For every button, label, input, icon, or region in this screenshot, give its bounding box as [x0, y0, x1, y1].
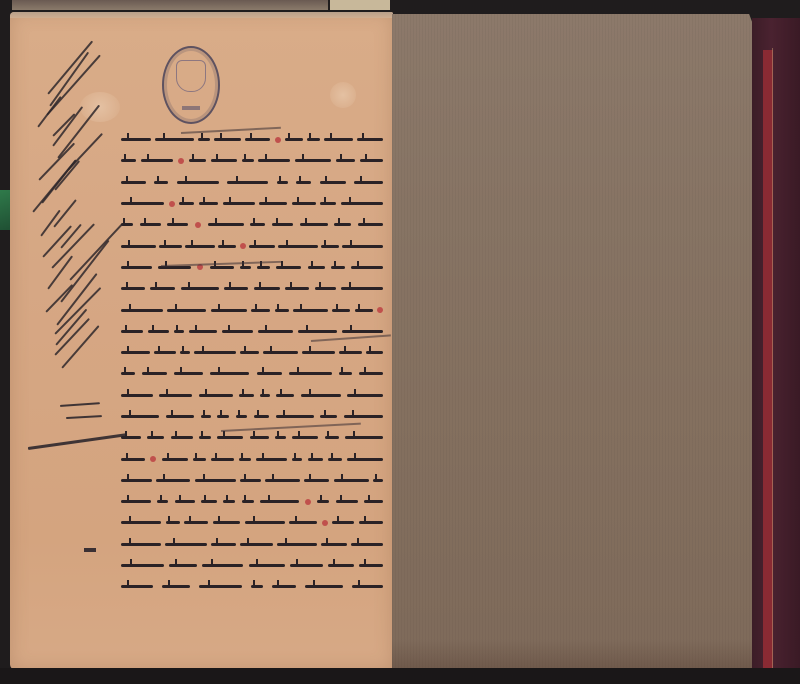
script-word [336, 500, 358, 503]
script-word [166, 415, 194, 418]
script-word [259, 202, 287, 205]
text-line [121, 234, 383, 255]
script-word [121, 543, 161, 546]
script-word [258, 330, 293, 333]
script-word [240, 351, 259, 354]
script-word [202, 564, 243, 567]
script-word [189, 159, 206, 162]
binding-rule-line [772, 48, 773, 670]
script-word [121, 521, 161, 524]
script-word [181, 287, 219, 290]
script-word [240, 543, 273, 546]
script-word [210, 372, 249, 375]
script-word [298, 330, 337, 333]
script-word [256, 458, 287, 461]
script-word [174, 330, 184, 333]
script-word [223, 500, 235, 503]
script-word [325, 436, 339, 439]
marginal-note-line [52, 106, 83, 147]
script-word [121, 138, 151, 141]
script-word [236, 415, 247, 418]
script-word [254, 415, 269, 418]
script-word [180, 351, 190, 354]
script-word [121, 159, 136, 162]
script-word [242, 500, 254, 503]
script-word [121, 287, 145, 290]
script-word [293, 309, 328, 312]
script-word [155, 138, 194, 141]
script-word [162, 585, 190, 588]
marginal-note-line [54, 160, 80, 191]
script-word [342, 330, 383, 333]
script-word [272, 223, 293, 226]
script-word [121, 266, 152, 269]
seal-inscription [182, 106, 200, 110]
script-word [166, 521, 180, 524]
script-word [292, 436, 318, 439]
script-word [334, 479, 369, 482]
script-word [121, 394, 153, 397]
script-word [257, 266, 270, 269]
script-word [199, 436, 211, 439]
script-word [224, 287, 248, 290]
script-word [184, 521, 208, 524]
script-word [328, 564, 354, 567]
script-word [320, 202, 336, 205]
script-word [308, 266, 325, 269]
script-word [198, 138, 210, 141]
script-word [121, 202, 164, 205]
script-word [185, 245, 215, 248]
script-word [213, 521, 240, 524]
script-word [275, 309, 289, 312]
oval-seal-stamp [162, 46, 220, 124]
script-word [154, 351, 176, 354]
script-word [239, 458, 251, 461]
script-word [201, 500, 217, 503]
script-word [289, 372, 332, 375]
rubric-marker [178, 158, 184, 164]
script-word [301, 394, 341, 397]
script-word [121, 458, 145, 461]
script-word [211, 458, 234, 461]
script-word [162, 458, 188, 461]
hand-seal-icon [176, 60, 206, 92]
script-word [324, 138, 353, 141]
script-word [351, 266, 383, 269]
script-word [320, 181, 346, 184]
script-word [317, 500, 329, 503]
script-word [121, 309, 163, 312]
manuscript-photo: Photograph of an open Arabic manuscript:… [0, 0, 800, 684]
script-word [277, 543, 317, 546]
script-word [195, 479, 236, 482]
script-word [339, 372, 352, 375]
script-word [251, 585, 263, 588]
script-word [199, 394, 233, 397]
script-word [249, 245, 275, 248]
script-word [336, 159, 355, 162]
script-word [154, 181, 168, 184]
script-word [222, 330, 253, 333]
script-word [167, 309, 206, 312]
marginal-note-line [69, 222, 123, 280]
script-word [245, 521, 285, 524]
text-line [121, 469, 383, 490]
text-line [121, 298, 383, 319]
script-word [218, 245, 236, 248]
script-word [217, 415, 229, 418]
script-word [285, 287, 309, 290]
script-word [175, 500, 195, 503]
colophon-line [60, 402, 100, 407]
page-number [84, 548, 96, 552]
binding-cover [752, 18, 800, 672]
text-line [121, 384, 383, 405]
script-word [189, 330, 217, 333]
main-text-block [121, 128, 383, 598]
script-word [307, 138, 320, 141]
text-line [121, 277, 383, 298]
marginal-note-line [37, 95, 62, 127]
script-word [300, 223, 328, 226]
script-word [211, 543, 236, 546]
script-word [194, 351, 236, 354]
script-word [321, 245, 339, 248]
script-word [174, 372, 203, 375]
script-word [254, 287, 280, 290]
script-word [276, 394, 294, 397]
script-word [285, 138, 303, 141]
blank-flyleaf [392, 14, 764, 671]
script-word [265, 479, 300, 482]
script-word [157, 500, 168, 503]
script-word [217, 436, 243, 439]
script-word [121, 372, 135, 375]
script-word [240, 266, 251, 269]
script-word [347, 458, 383, 461]
script-word [366, 351, 383, 354]
text-line [121, 171, 383, 192]
script-word [305, 585, 343, 588]
script-word [373, 479, 383, 482]
adjacent-book-edge [12, 0, 328, 10]
script-word [302, 351, 335, 354]
water-stain [330, 82, 356, 108]
script-word [332, 521, 354, 524]
script-word [260, 500, 299, 503]
script-word [272, 585, 296, 588]
script-word [304, 479, 329, 482]
image-description: Photograph of an open Arabic manuscript:… [0, 0, 1, 1]
script-word [250, 436, 269, 439]
script-word [171, 436, 193, 439]
script-word [251, 309, 270, 312]
rubric-marker [305, 499, 311, 505]
text-line [121, 362, 383, 383]
script-word [355, 309, 373, 312]
colophon-line [28, 433, 127, 450]
rubric-marker [195, 222, 201, 228]
script-word [214, 138, 241, 141]
text-line [121, 128, 383, 149]
script-word [359, 564, 383, 567]
text-line [121, 213, 383, 234]
script-word [308, 458, 323, 461]
script-word [257, 372, 282, 375]
script-word [341, 287, 383, 290]
script-word [258, 159, 290, 162]
text-line [121, 192, 383, 213]
script-word [121, 223, 133, 226]
script-word [347, 394, 383, 397]
script-word [277, 181, 288, 184]
script-word [296, 181, 311, 184]
colophon-line [66, 415, 102, 419]
script-word [359, 372, 383, 375]
script-word [121, 415, 159, 418]
colophon-note [20, 395, 130, 475]
script-word [275, 436, 286, 439]
script-word [167, 223, 188, 226]
script-word [358, 223, 383, 226]
script-word [121, 585, 153, 588]
script-word [121, 245, 156, 248]
script-word [359, 521, 383, 524]
rubric-marker [150, 456, 156, 462]
script-word [360, 159, 383, 162]
script-word [344, 415, 383, 418]
script-word [177, 181, 219, 184]
rubric-marker [377, 307, 383, 313]
script-word [142, 372, 167, 375]
script-word [140, 223, 161, 226]
script-word [364, 500, 383, 503]
script-word [227, 181, 268, 184]
text-line [121, 341, 383, 362]
rubric-marker [240, 243, 246, 249]
text-line [121, 447, 383, 468]
script-word [141, 159, 173, 162]
script-word [211, 159, 237, 162]
script-word [121, 181, 146, 184]
script-word [121, 500, 151, 503]
script-word [159, 245, 182, 248]
script-word [223, 202, 255, 205]
flyleaf-shadow [392, 640, 764, 671]
rubric-marker [322, 520, 328, 526]
script-word [121, 436, 141, 439]
script-word [211, 309, 247, 312]
script-word [321, 543, 347, 546]
script-word [260, 394, 270, 397]
script-word [249, 564, 285, 567]
script-word [150, 287, 175, 290]
script-word [242, 159, 254, 162]
script-word [295, 159, 331, 162]
script-word [339, 351, 362, 354]
script-word [320, 415, 337, 418]
script-word [352, 585, 383, 588]
rubric-marker [275, 137, 281, 143]
script-word [121, 564, 164, 567]
script-word [121, 479, 152, 482]
script-word [156, 479, 190, 482]
script-word [357, 138, 383, 141]
script-word [334, 223, 351, 226]
text-line [121, 149, 383, 170]
text-line [121, 533, 383, 554]
script-word [292, 202, 316, 205]
script-word [199, 202, 218, 205]
script-word [147, 436, 164, 439]
text-line [121, 511, 383, 532]
script-word [276, 266, 301, 269]
script-word [193, 458, 206, 461]
script-word [289, 521, 317, 524]
script-word [210, 266, 234, 269]
script-word [278, 245, 318, 248]
script-word [345, 436, 383, 439]
script-word [165, 543, 207, 546]
script-word [121, 330, 143, 333]
script-word [332, 309, 350, 312]
script-word [276, 415, 314, 418]
script-word [240, 479, 261, 482]
script-word [250, 223, 265, 226]
script-word [263, 351, 298, 354]
script-word [290, 564, 323, 567]
marginal-notes [28, 80, 118, 380]
text-line [121, 554, 383, 575]
rubric-marker [169, 201, 175, 207]
script-word [292, 458, 302, 461]
script-word [342, 245, 383, 248]
script-word [341, 202, 383, 205]
text-line [121, 575, 383, 596]
script-word [354, 181, 383, 184]
script-word [315, 287, 336, 290]
script-word [199, 585, 242, 588]
script-word [245, 138, 270, 141]
script-word [208, 223, 244, 226]
script-word [159, 394, 192, 397]
script-word [201, 415, 211, 418]
script-word [121, 351, 150, 354]
text-line [121, 490, 383, 511]
script-word [351, 543, 383, 546]
script-word [169, 564, 197, 567]
script-word [239, 394, 254, 397]
adjacent-page-edge [330, 0, 390, 10]
marginal-note-line [38, 143, 75, 181]
script-word [179, 202, 194, 205]
background-shadow [0, 668, 800, 684]
script-word [148, 330, 169, 333]
script-word [331, 266, 345, 269]
script-word [328, 458, 342, 461]
